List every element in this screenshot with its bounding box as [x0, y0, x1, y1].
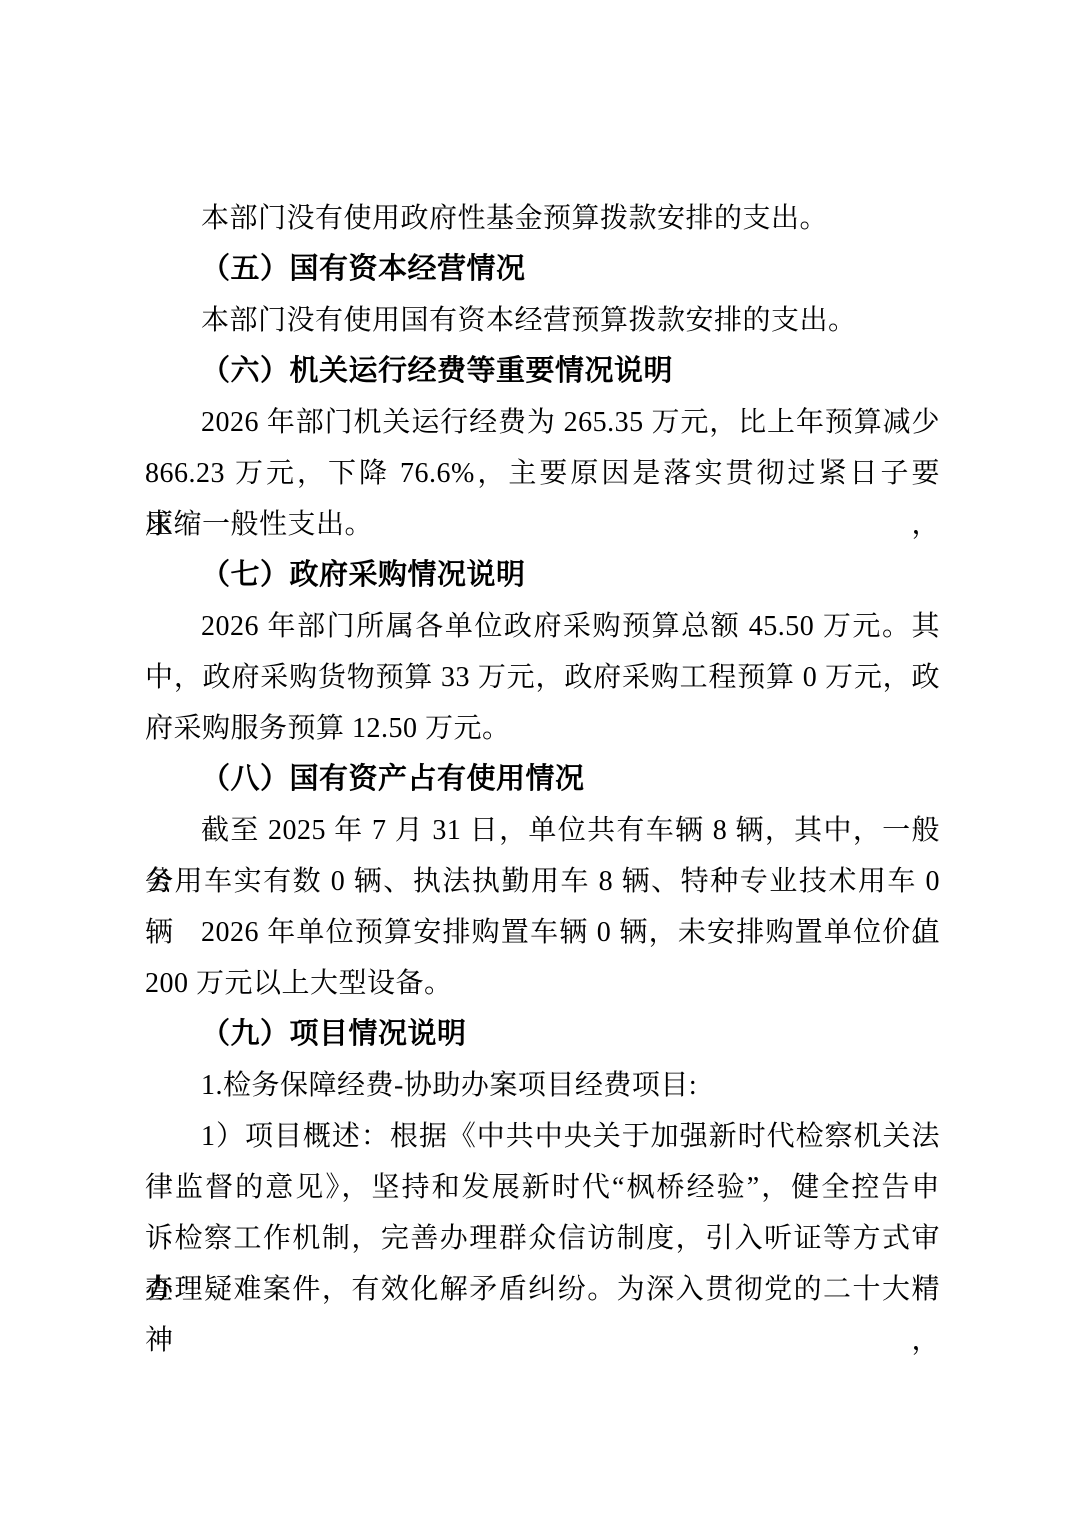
text-line: 务用车实有数 0 辆、执法执勤用车 8 辆、特种专业技术用车 0 辆。: [145, 856, 940, 907]
paragraph: 1.检务保障经费-协助办案项目经费项目:: [145, 1060, 940, 1111]
paragraph: 1）项目概述：根据《中共中央关于加强新时代检察机关法律监督的意见》，坚持和发展新…: [145, 1111, 940, 1315]
text-line: 1）项目概述：根据《中共中央关于加强新时代检察机关法: [145, 1111, 940, 1162]
paragraph: 2026 年部门所属各单位政府采购预算总额 45.50 万元。其中，政府采购货物…: [145, 601, 940, 754]
text-line: 2026 年部门机关运行经费为 265.35 万元，比上年预算减少: [145, 397, 940, 448]
section-heading: （六）机关运行经费等重要情况说明: [145, 346, 940, 397]
text-line: 办理疑难案件，有效化解矛盾纠纷。为深入贯彻党的二十大精神，: [145, 1264, 940, 1315]
text-line: 本部门没有使用国有资本经营预算拨款安排的支出。: [145, 295, 940, 346]
text-line: 诉检察工作机制，完善办理群众信访制度，引入听证等方式审查: [145, 1213, 940, 1264]
text-line: 府采购服务预算 12.50 万元。: [145, 703, 940, 754]
text-line: 中，政府采购货物预算 33 万元，政府采购工程预算 0 万元，政: [145, 652, 940, 703]
paragraph: 本部门没有使用国有资本经营预算拨款安排的支出。: [145, 295, 940, 346]
text-line: 律监督的意见》，坚持和发展新时代“枫桥经验”，健全控告申: [145, 1162, 940, 1213]
text-line: 866.23 万元，下降 76.6%，主要原因是落实贯彻过紧日子要求，: [145, 448, 940, 499]
section-heading-block: （六）机关运行经费等重要情况说明: [145, 346, 940, 397]
section-heading-block: （七）政府采购情况说明: [145, 550, 940, 601]
paragraph: 2026 年部门机关运行经费为 265.35 万元，比上年预算减少866.23 …: [145, 397, 940, 550]
section-heading-block: （八）国有资产占有使用情况: [145, 754, 940, 805]
section-heading: （七）政府采购情况说明: [145, 550, 940, 601]
document-page: 本部门没有使用政府性基金预算拨款安排的支出。（五）国有资本经营情况本部门没有使用…: [0, 0, 1074, 1520]
text-line: 2026 年部门所属各单位政府采购预算总额 45.50 万元。其: [145, 601, 940, 652]
section-heading-block: （九）项目情况说明: [145, 1009, 940, 1060]
text-line: 2026 年单位预算安排购置车辆 0 辆，未安排购置单位价值: [145, 907, 940, 958]
text-line: 1.检务保障经费-协助办案项目经费项目:: [145, 1060, 940, 1111]
document-body: 本部门没有使用政府性基金预算拨款安排的支出。（五）国有资本经营情况本部门没有使用…: [145, 193, 940, 1315]
text-line: 200 万元以上大型设备。: [145, 958, 940, 1009]
text-line: 截至 2025 年 7 月 31 日，单位共有车辆 8 辆，其中，一般公: [145, 805, 940, 856]
paragraph: 2026 年单位预算安排购置车辆 0 辆，未安排购置单位价值200 万元以上大型…: [145, 907, 940, 1009]
text-line: 本部门没有使用政府性基金预算拨款安排的支出。: [145, 193, 940, 244]
section-heading: （五）国有资本经营情况: [145, 244, 940, 295]
paragraph: 截至 2025 年 7 月 31 日，单位共有车辆 8 辆，其中，一般公务用车实…: [145, 805, 940, 907]
section-heading-block: （五）国有资本经营情况: [145, 244, 940, 295]
section-heading: （九）项目情况说明: [145, 1009, 940, 1060]
paragraph: 本部门没有使用政府性基金预算拨款安排的支出。: [145, 193, 940, 244]
section-heading: （八）国有资产占有使用情况: [145, 754, 940, 805]
